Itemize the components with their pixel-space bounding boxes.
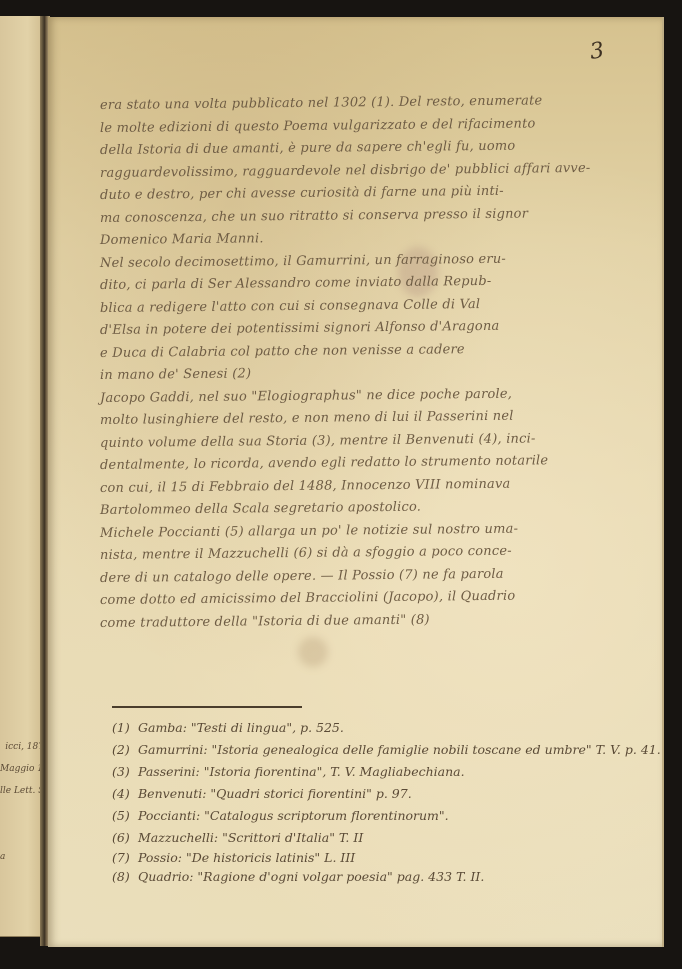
footnote: (3) Passerini: "Istoria fiorentina", T. … xyxy=(112,761,652,783)
left-page-text: lle Lett. St xyxy=(0,786,44,796)
footnote-text: Gamba: "Testi di lingua", p. 525. xyxy=(138,717,344,739)
footnote: (6) Mazzuchelli: "Scrittori d'Italia" T.… xyxy=(112,827,652,849)
footnote-text: Passerini: "Istoria fiorentina", T. V. M… xyxy=(138,761,465,783)
footnote: (5) Poccianti: "Catalogus scriptorum flo… xyxy=(112,805,652,827)
footnote-number: (8) xyxy=(112,866,138,888)
footnote-text: Possio: "De historicis latinis" L. III xyxy=(138,849,355,866)
page-number: 3 xyxy=(588,38,605,65)
footnote-number: (3) xyxy=(112,761,138,783)
footnote-text: Gamurrini: "Istoria genealogica delle fa… xyxy=(138,739,661,761)
footnote: (8) Quadrio: "Ragione d'ogni volgar poes… xyxy=(112,866,652,888)
footnote-number: (1) xyxy=(112,717,138,739)
footnote-text: Mazzuchelli: "Scrittori d'Italia" T. II xyxy=(138,827,363,849)
footnote-text: Benvenuti: "Quadri storici fiorentini" p… xyxy=(138,783,412,805)
left-page-text: icci, 187 xyxy=(0,742,44,752)
footnote: (2) Gamurrini: "Istoria genealogica dell… xyxy=(112,739,652,761)
footnote-number: (5) xyxy=(112,805,138,827)
paper-stain xyxy=(298,637,328,667)
footnote: (7) Possio: "De historicis latinis" L. I… xyxy=(112,849,652,866)
manuscript-page: 3 era stato una volta pubblicato nel 130… xyxy=(48,17,664,947)
footnote-text: Poccianti: "Catalogus scriptorum florent… xyxy=(138,805,449,827)
footnote-number: (6) xyxy=(112,827,138,849)
footnote-number: (7) xyxy=(112,849,138,866)
footnote-number: (4) xyxy=(112,783,138,805)
left-page-text: a xyxy=(0,852,12,862)
footnote-number: (2) xyxy=(112,739,138,761)
footnotes: (1) Gamba: "Testi di lingua", p. 525. (2… xyxy=(112,717,652,888)
manuscript-scan: icci, 187 Maggio 187 lle Lett. St a 3 er… xyxy=(0,0,682,969)
body-text: era stato una volta pubblicato nel 1302 … xyxy=(100,95,640,635)
left-page-text: Maggio 187 xyxy=(0,764,44,774)
footnote-text: Quadrio: "Ragione d'ogni volgar poesia" … xyxy=(138,866,484,888)
footnote: (1) Gamba: "Testi di lingua", p. 525. xyxy=(112,717,652,739)
footnote-divider xyxy=(112,706,302,708)
footnote: (4) Benvenuti: "Quadri storici fiorentin… xyxy=(112,783,652,805)
